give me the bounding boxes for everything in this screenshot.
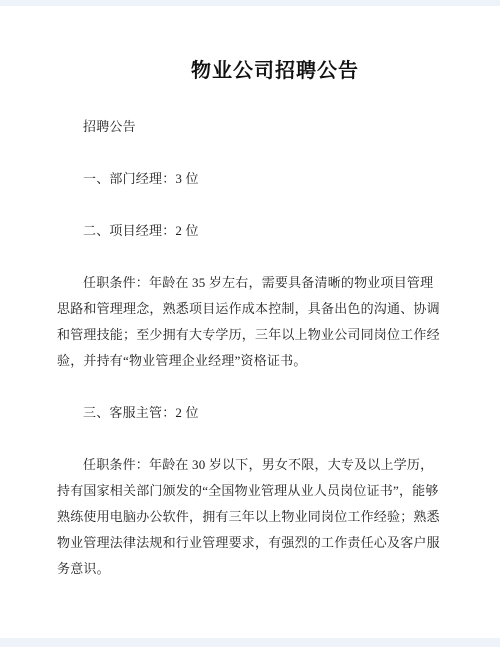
paragraph: 招聘公告: [57, 114, 453, 140]
paragraph: 一、部门经理：3 位: [57, 166, 453, 192]
page-title: 物业公司招聘公告: [57, 57, 453, 85]
top-edge-band: [0, 0, 500, 6]
document-page: 物业公司招聘公告 招聘公告一、部门经理：3 位二、项目经理：2 位任职条件：年龄…: [0, 0, 500, 582]
paragraph: 三、客服主管：2 位: [57, 400, 453, 426]
paragraph: 任职条件：年龄在 35 岁左右，需要具备清晰的物业项目管理 思路和管理理念，熟悉…: [57, 270, 453, 374]
paragraph: 任职条件：年龄在 30 岁以下，男女不限，大专及以上学历， 持有国家相关部门颁发…: [57, 452, 453, 582]
paragraph: 二、项目经理：2 位: [57, 218, 453, 244]
bottom-edge-band: [0, 638, 500, 647]
document-body: 招聘公告一、部门经理：3 位二、项目经理：2 位任职条件：年龄在 35 岁左右，…: [57, 114, 453, 582]
